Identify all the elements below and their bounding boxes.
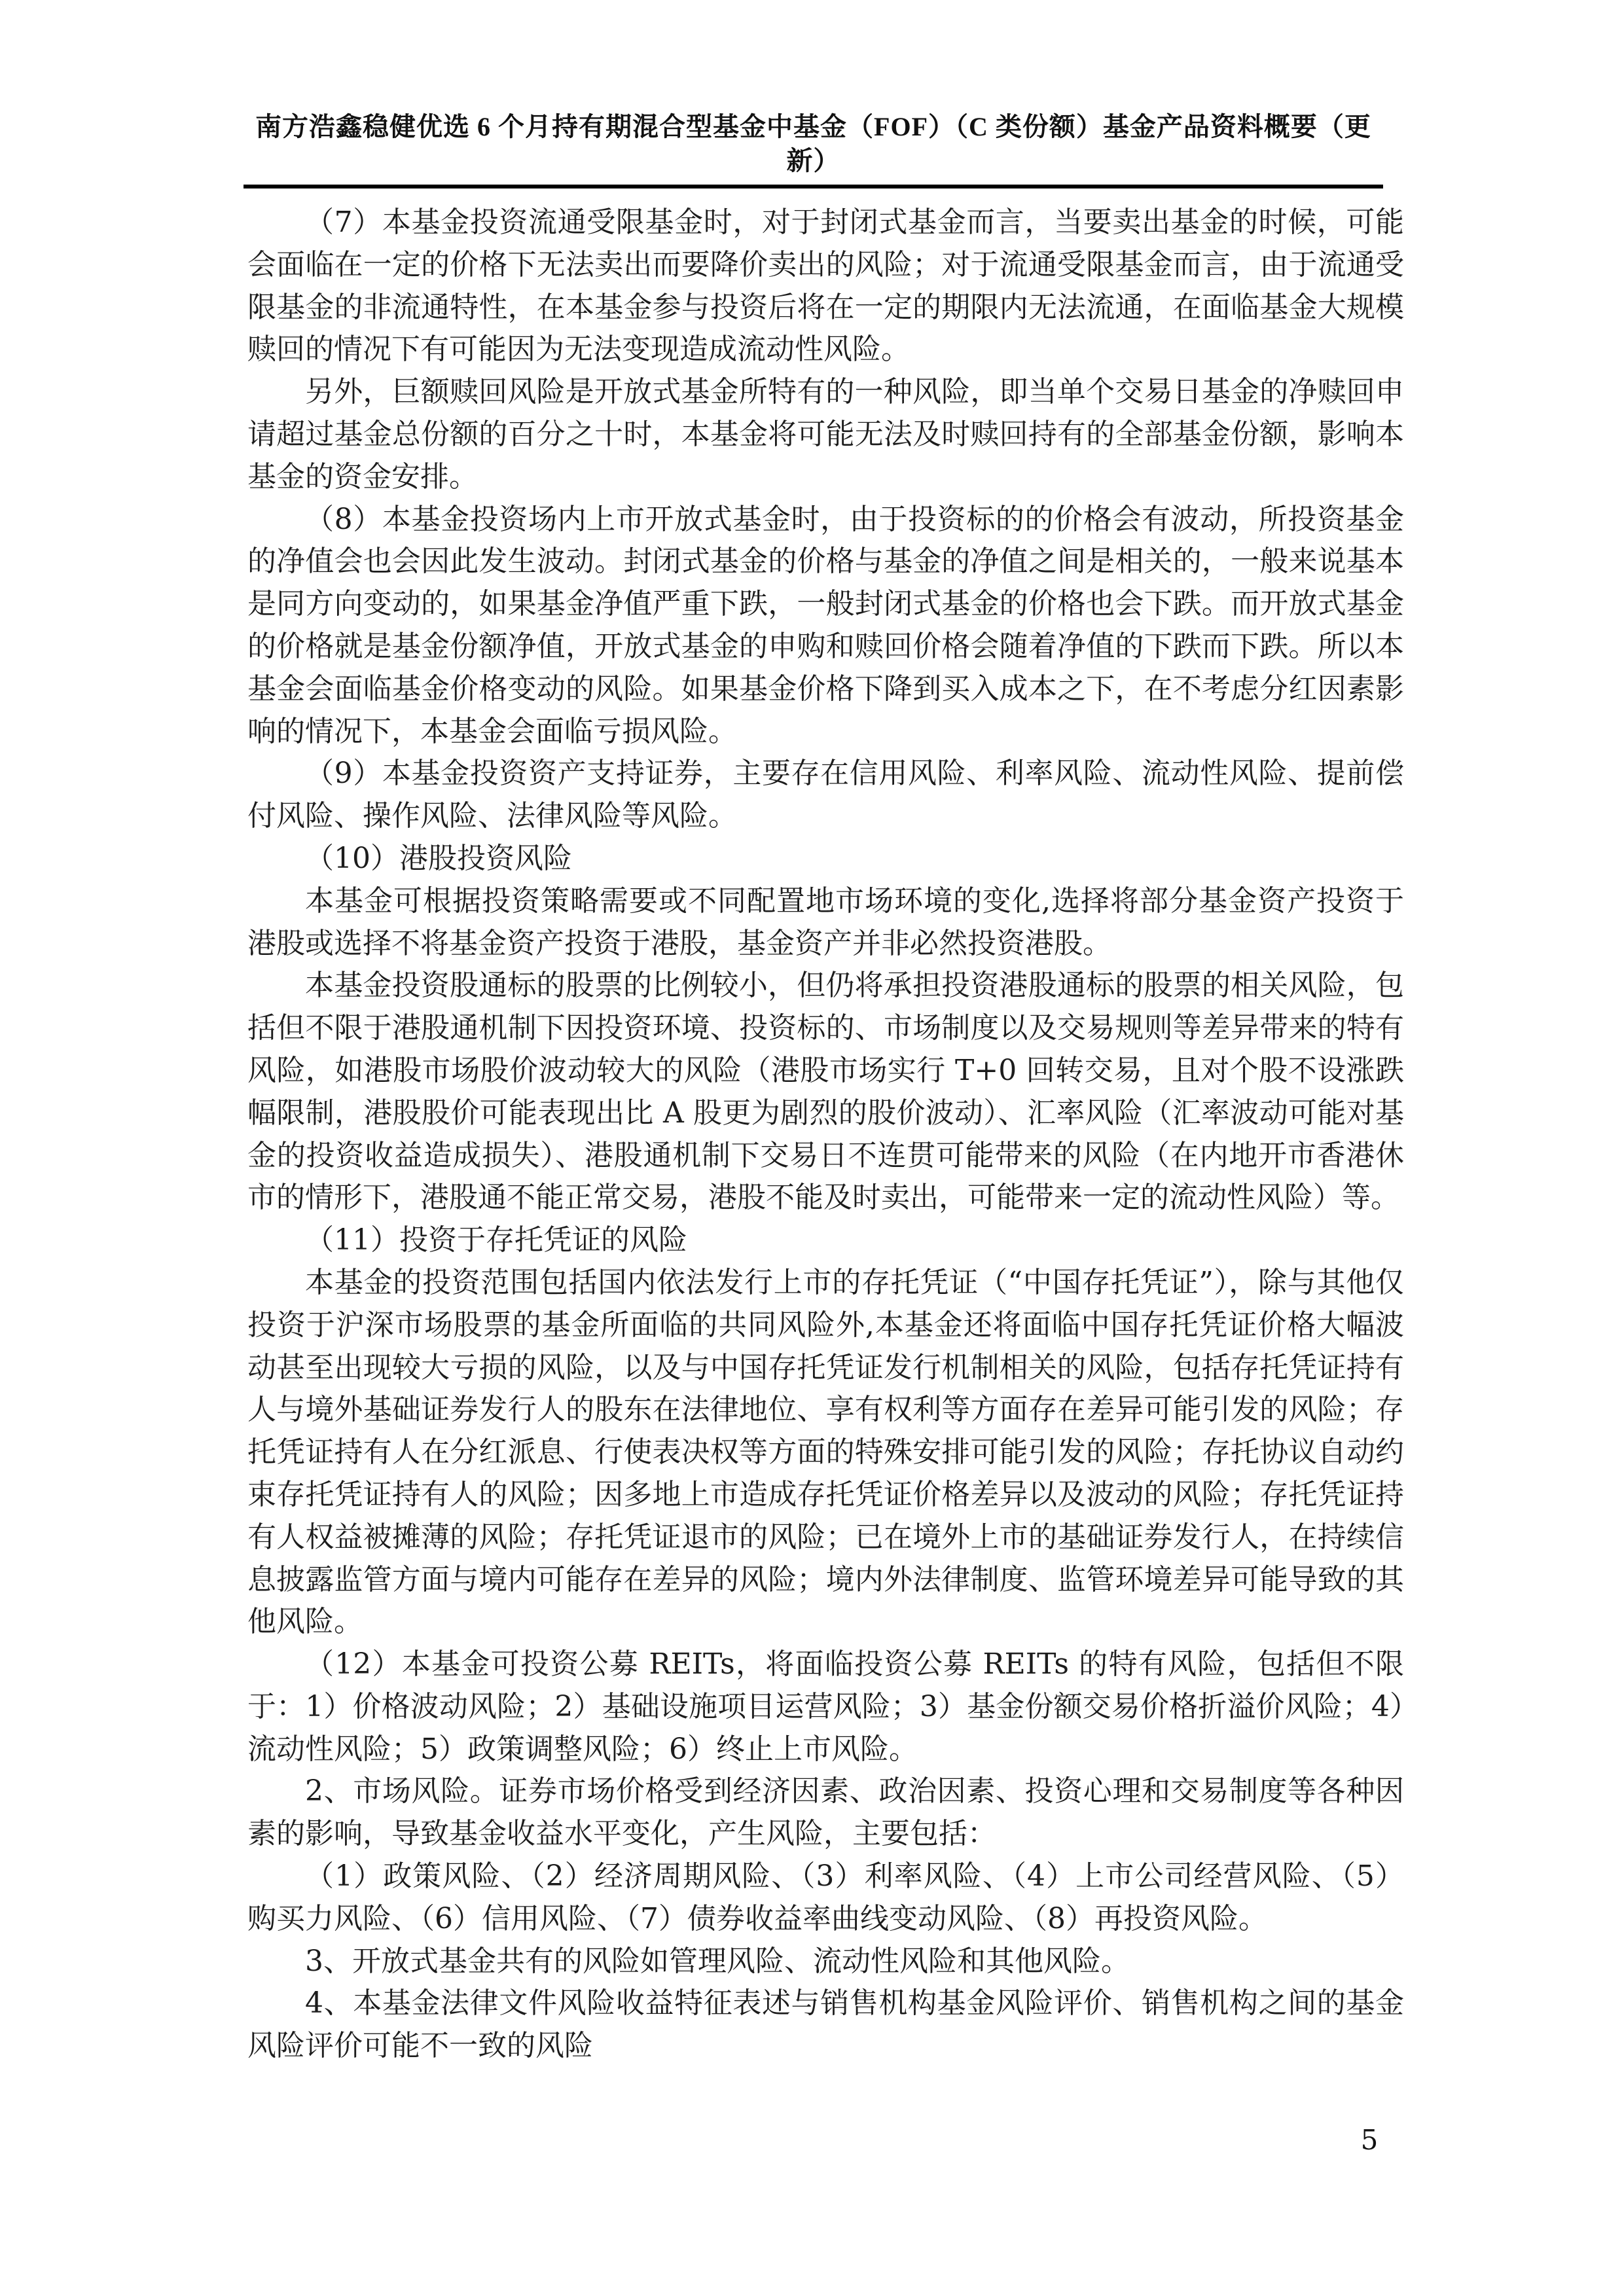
para-huge-redemption-risk: 另外，巨额赎回风险是开放式基金所特有的一种风险，即当单个交易日基金的净赎回申请超… xyxy=(247,371,1404,498)
para-4-rating-inconsistency-risk: 4、本基金法律文件风险收益特征表述与销售机构基金风险评价、销售机构之间的基金风险… xyxy=(247,1982,1404,2068)
para-10-hk-connect-risks: 本基金投资股通标的股票的比例较小，但仍将承担投资港股通标的股票的相关风险，包括但… xyxy=(247,965,1404,1219)
page-header: 南方浩鑫稳健优选 6 个月持有期混合型基金中基金（FOF）（C 类份额）基金产品… xyxy=(244,110,1383,188)
para-10-hk-allocation: 本基金可根据投资策略需要或不同配置地市场环境的变化,选择将部分基金资产投资于港股… xyxy=(247,880,1404,965)
para-2-market-risk-list: （1）政策风险、（2）经济周期风险、（3）利率风险、（4）上市公司经营风险、（5… xyxy=(247,1856,1404,1941)
document-page: 南方浩鑫稳健优选 6 个月持有期混合型基金中基金（FOF）（C 类份额）基金产品… xyxy=(0,0,1624,2296)
para-11-cdr-risks: 本基金的投资范围包括国内依法发行上市的存托凭证（“中国存托凭证”），除与其他仅投… xyxy=(247,1262,1404,1643)
para-2-market-risk: 2、市场风险。证券市场价格受到经济因素、政治因素、投资心理和交易制度等各种因素的… xyxy=(247,1770,1404,1856)
page-number: 5 xyxy=(1350,2124,1389,2156)
para-9-asset-backed-securities: （9）本基金投资资产支持证券，主要存在信用风险、利率风险、流动性风险、提前偿付风… xyxy=(247,753,1404,838)
para-12-public-reits-risks: （12）本基金可投资公募 REITs，将面临投资公募 REITs 的特有风险，包… xyxy=(247,1643,1404,1770)
para-3-open-fund-common-risks: 3、开放式基金共有的风险如管理风险、流动性风险和其他风险。 xyxy=(247,1941,1404,1983)
para-8-listed-open-funds: （8）本基金投资场内上市开放式基金时，由于投资标的的价格会有波动，所投资基金的净… xyxy=(247,499,1404,753)
heading-11-depositary-receipt-risk: （11）投资于存托凭证的风险 xyxy=(247,1219,1404,1262)
heading-10-hk-stock-risk: （10）港股投资风险 xyxy=(247,838,1404,880)
document-title: 南方浩鑫稳健优选 6 个月持有期混合型基金中基金（FOF）（C 类份额）基金产品… xyxy=(255,112,1371,175)
document-body: （7）本基金投资流通受限基金时，对于封闭式基金而言，当要卖出基金的时候，可能会面… xyxy=(247,202,1404,2068)
para-7-restricted-liquidity-funds: （7）本基金投资流通受限基金时，对于封闭式基金而言，当要卖出基金的时候，可能会面… xyxy=(247,202,1404,371)
